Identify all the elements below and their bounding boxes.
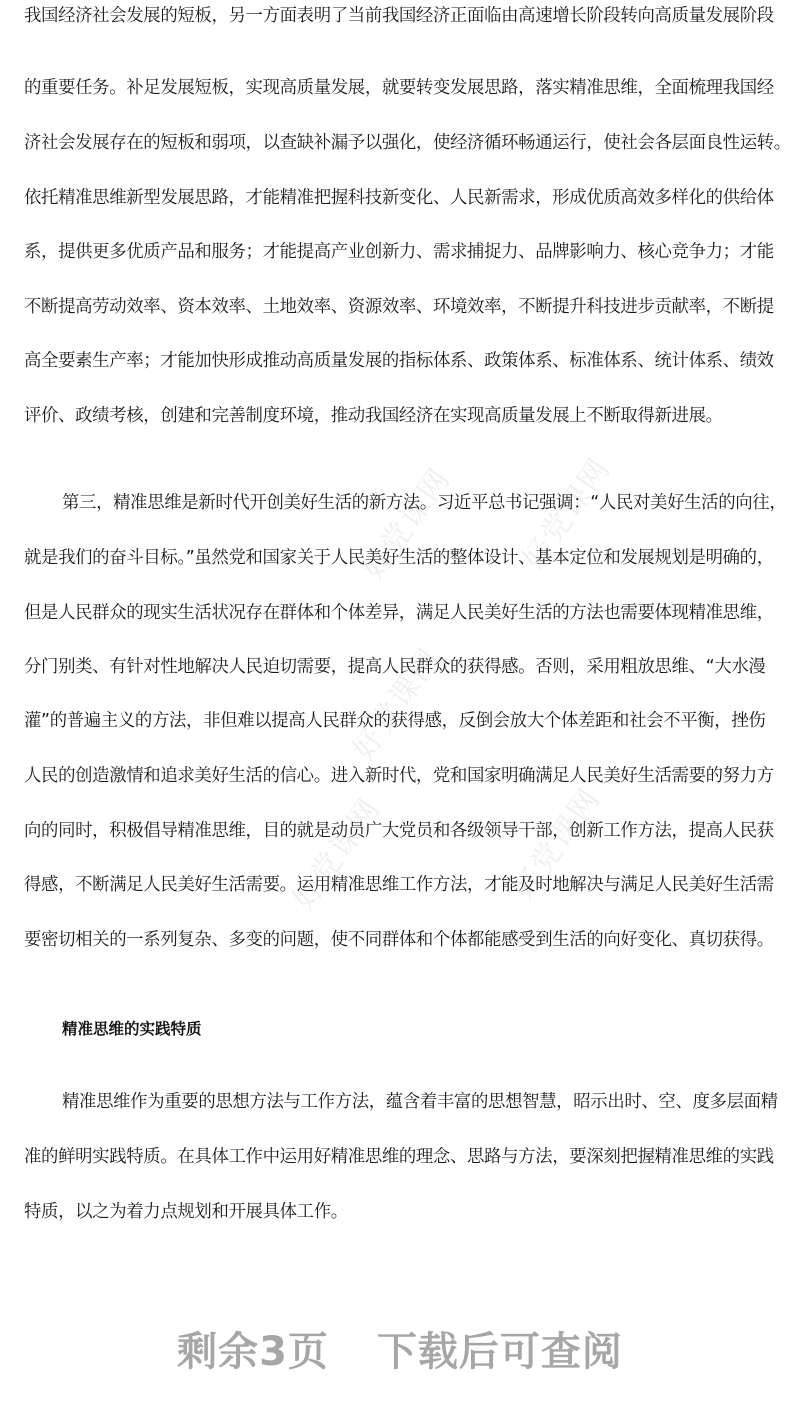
text-line: 准的鲜明实践特质。在具体工作中运用好精准思维的理念、思路与方法，要深刻把握精准思… xyxy=(24,1145,784,1169)
text-line: 特质，以之为着力点规划和开展具体工作。 xyxy=(24,1200,784,1224)
text-line: 我国经济社会发展的短板，另一方面表明了当前我国经济正面临由高速增长阶段转向高质量… xyxy=(24,4,784,28)
text-line: 但是人民群众的现实生活状况存在群体和个体差异，满足人民美好生活的方法也需要体现精… xyxy=(24,601,784,625)
text-line: 高全要素生产率；才能加快形成推动高质量发展的指标体系、政策体系、标准体系、统计体… xyxy=(24,349,784,373)
text-line: 济社会发展存在的短板和弱项，以查缺补漏予以强化，使经济循环畅通运行，使社会各层面… xyxy=(24,131,784,155)
text-line: 依托精准思维新型发展思路，才能精准把握科技新变化、人民新需求，形成优质高效多样化… xyxy=(24,186,784,210)
text-line: 精准思维作为重要的思想方法与工作方法，蕴含着丰富的思想智慧，昭示出时、空、度多层… xyxy=(62,1090,784,1114)
text-line: 人民的创造激情和追求美好生活的信心。进入新时代，党和国家明确满足人民美好生活需要… xyxy=(24,764,784,788)
text-line: 向的同时，积极倡导精准思维，目的就是动员广大党员和各级领导干部，创新工作方法，提… xyxy=(24,819,784,843)
text-line: 不断提高劳动效率、资本效率、土地效率、资源效率、环境效率，不断提升科技进步贡献率… xyxy=(24,295,784,319)
text-line: 灌”的普遍主义的方法，非但难以提高人民群众的获得感，反倒会放大个体差距和社会不平… xyxy=(24,709,784,733)
text-line: 就是我们的奋斗目标。”虽然党和国家关于人民美好生活的整体设计、基本定位和发展规划… xyxy=(24,546,784,570)
section-heading: 精准思维的实践特质 xyxy=(62,1017,202,1041)
text-line: 要密切相关的一系列复杂、多变的问题，使不同群体和个体都能感受到生活的向好变化、真… xyxy=(24,928,784,952)
remaining-pages-label: 剩余3页 xyxy=(177,1329,329,1375)
text-line: 第三，精准思维是新时代开创美好生活的新方法。习近平总书记强调：“人民对美好生活的… xyxy=(62,491,784,515)
watermark: 好党课网 xyxy=(279,787,388,917)
download-prompt-label: 下载后可查阅 xyxy=(377,1329,623,1375)
text-line: 评价、政绩考核，创建和完善制度环境，推动我国经济在实现高质量发展上不断取得新进展… xyxy=(24,404,784,428)
text-line: 系，提供更多优质产品和服务；才能提高产业创新力、需求捕捉力、品牌影响力、核心竞争… xyxy=(24,240,784,264)
text-line: 得感，不断满足人民美好生活需要。运用精准思维工作方法，才能及时地解决与满足人民美… xyxy=(24,873,784,897)
download-notice[interactable]: 剩余3页下载后可查阅 xyxy=(0,1320,800,1377)
text-line: 分门别类、有针对性地解决人民迫切需要，提高人民群众的获得感。否则，采用粗放思维、… xyxy=(24,655,784,679)
text-line: 的重要任务。补足发展短板，实现高质量发展，就要转变发展思路，落实精准思维，全面梳… xyxy=(24,76,784,100)
